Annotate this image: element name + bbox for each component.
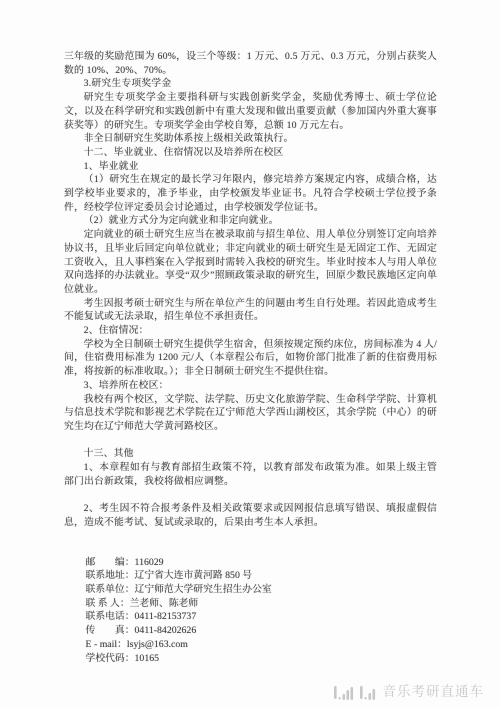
contact-value: 0411-82153737 [135,611,197,622]
watermark: 音乐考研直通车 [334,684,485,700]
paragraph: 考生因报考硕士研究生与所在单位产生的问题由考生自行处理。若因此造成考生不能复试或… [64,297,437,324]
document-page: 三年级的奖励范围为 60%，设三个等级：1 万元、0.5 万元、0.3 万元，分… [0,0,500,707]
paragraph: 研究生专项奖学金主要指科研与实践创新奖学金，奖励优秀博士、硕士学位论文，以及在科… [64,91,437,132]
contact-label: 联系单位： [86,584,135,595]
paragraph: （1）研究生在规定的最长学习年限内，修完培养方案规定内容，成绩合格，达到学校毕业… [64,173,437,214]
paragraph: 1、毕业就业 [64,160,437,174]
contact-value: 辽宁师范大学研究生招生办公室 [135,584,272,595]
paragraph: 三年级的奖励范围为 60%，设三个等级：1 万元、0.5 万元、0.3 万元，分… [64,50,437,77]
contact-label: 联系电话： [86,611,135,622]
contact-label: 联 系 人： [86,598,130,609]
contact-value: 10165 [135,653,160,664]
paragraph: （2）就业方式分为定向就业和非定向就业。 [64,214,437,228]
contact-line: E - mail：lsyjs@163.com [86,638,437,652]
paragraph: 2、住宿情况： [64,324,437,338]
contact-value: 兰老师、陈老师 [130,598,199,609]
watermark-label: 音乐考研直通车 [383,684,485,700]
contact-line: 联系地址：辽宁省大连市黄河路 850 号 [86,569,437,583]
paragraph: 十二、毕业就业、住宿情况以及培养所在校区 [64,146,437,160]
paragraph: 1、本章程如有与教育部招生政策不符，以教育部发布政策为准。如果上级主管部门出台新… [64,461,437,488]
contact-label: E - mail： [86,639,127,650]
contact-value: 0411-84202626 [135,625,197,636]
paragraph: 定向就业的硕士研究生应当在被录取前与招生单位、用人单位分别签订定向培养协议书，且… [64,228,437,297]
contact-value: 辽宁省大连市黄河路 850 号 [135,570,253,581]
contact-line: 传 真：0411-84202626 [86,624,437,638]
contact-line: 学校代码：10165 [86,652,437,666]
contact-block: 邮 编：116029联系地址：辽宁省大连市黄河路 850 号联系单位：辽宁师范大… [86,556,437,666]
paragraph: 2、考生因不符合报考条件及相关政策要求或因网报信息填写错误、填报虚假信息，造成不… [64,502,437,529]
contact-label: 联系地址： [86,570,135,581]
contact-label: 邮 编： [86,557,135,568]
document-body: 三年级的奖励范围为 60%，设三个等级：1 万元、0.5 万元、0.3 万元，分… [64,50,437,530]
contact-label: 学校代码： [86,653,135,664]
paragraph: 非全日制研究生奖助体系按上级相关政策执行。 [64,132,437,146]
paragraph: 3.研究生专项奖学金 [64,77,437,91]
contact-line: 联 系 人：兰老师、陈老师 [86,597,437,611]
contact-value: 116029 [135,557,164,568]
paragraph: 学校为全日制硕士研究生提供学生宿舍，但须按规定预约床位，房间标准为 4 人/间，… [64,338,437,379]
paragraph: 3、培养所在校区： [64,379,437,393]
contact-value: lsyjs@163.com [127,639,188,650]
paragraph: 我校有两个校区，文学院、法学院、历史文化旅游学院、生命科学学院、计算机与信息技术… [64,393,437,434]
contact-line: 邮 编：116029 [86,556,437,570]
equalizer-bars-icon [334,685,378,700]
contact-line: 联系单位：辽宁师范大学研究生招生办公室 [86,583,437,597]
paragraph: 十三、其他 [64,447,437,461]
contact-label: 传 真： [86,625,135,636]
contact-line: 联系电话：0411-82153737 [86,610,437,624]
